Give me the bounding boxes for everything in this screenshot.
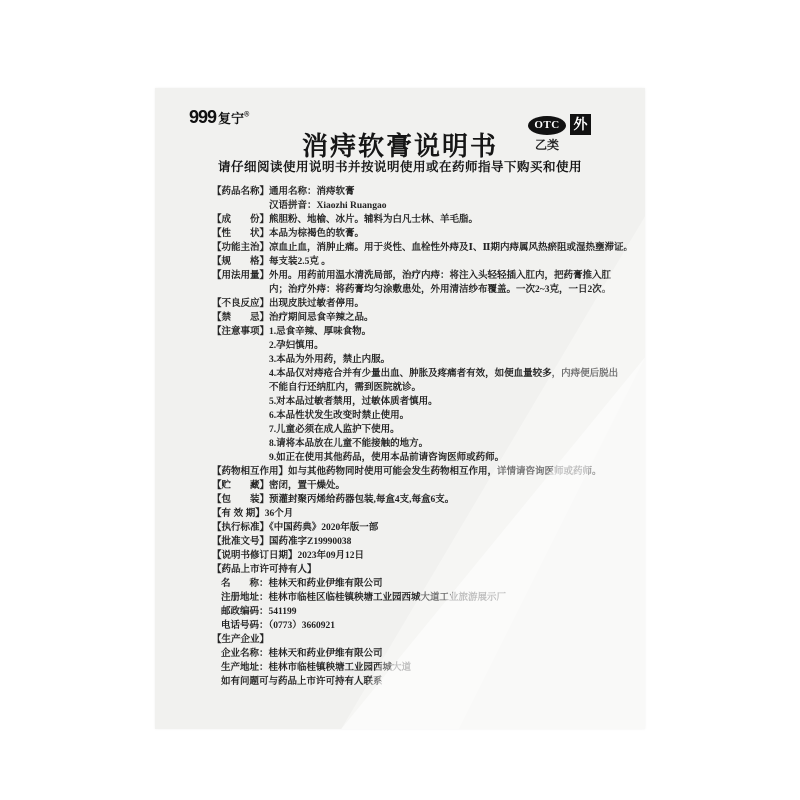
doc-row: 【药品名称】通用名称：消痔软膏 (212, 185, 642, 199)
section-label: 【贮 藏】 (212, 480, 269, 491)
doc-row: 【药品上市许可持有人】 (212, 563, 642, 577)
section-text: 2023年09月12日 (298, 551, 365, 561)
section-text: 2.孕妇慎用。 (269, 341, 324, 351)
section-label: 【用法用量】 (212, 270, 269, 281)
section-label: 【执行标准】 (212, 522, 269, 533)
section-text: 7.儿童必须在成人监护下使用。 (269, 425, 400, 435)
doc-row: 6.本品性状发生改变时禁止使用。 (212, 409, 642, 423)
section-text: 出现皮肤过敏者停用。 (269, 299, 364, 309)
section-text: 8.请将本品放在儿童不能接触的地方。 (269, 439, 428, 449)
section-text: 本品为棕褐色的软膏。 (269, 229, 364, 239)
section-text: 通用名称：消痔软膏 (269, 187, 355, 197)
section-label: 【禁 忌】 (212, 312, 269, 323)
doc-row: 【生产企业】 (212, 633, 642, 647)
document-body: 【药品名称】通用名称：消痔软膏汉语拼音：Xiaozhi Ruangao【成 份】… (212, 185, 642, 689)
section-text: 国药准字Z19990038 (269, 537, 351, 547)
section-text: 注册地址：桂林市临桂区临桂镇秧塘工业园西城大道工业旅游展示厂 (221, 593, 506, 603)
section-text: 4.本品仅对痔疮合并有少量出血、肿胀及疼痛者有效，如便血量较多，内痔便后脱出 (269, 369, 618, 379)
section-text: 治疗期间忌食辛辣之品。 (269, 313, 374, 323)
section-text: 3.本品为外用药，禁止内服。 (269, 355, 390, 365)
section-label: 【包 装】 (212, 494, 269, 505)
section-text: 凉血止血，消肿止痛。用于炎性、血栓性外痔及Ⅰ、Ⅱ期内痔属风热瘀阻或湿热壅滞证。 (269, 243, 633, 253)
doc-row: 【贮 藏】密闭，置干燥处。 (212, 479, 642, 493)
section-label: 【功能主治】 (212, 242, 269, 253)
doc-row: 5.对本品过敏者禁用，过敏体质者慎用。 (212, 395, 642, 409)
section-label: 【批准文号】 (212, 536, 269, 547)
section-label: 【规 格】 (212, 256, 269, 267)
otc-badge: OTC (528, 116, 566, 135)
doc-row: 【功能主治】凉血止血，消肿止痛。用于炎性、血栓性外痔及Ⅰ、Ⅱ期内痔属风热瘀阻或湿… (212, 241, 642, 255)
doc-row: 【用法用量】外用。用药前用温水清洗局部，治疗内痔：将注入头轻轻插入肛内，把药膏推… (212, 269, 642, 283)
doc-row: 7.儿童必须在成人监护下使用。 (212, 423, 642, 437)
section-text: 外用。用药前用温水清洗局部，治疗内痔：将注入头轻轻插入肛内，把药膏推入肛 (269, 271, 611, 281)
section-label: 【不良反应】 (212, 298, 269, 309)
section-text: 企业名称：桂林天和药业伊维有限公司 (221, 649, 383, 659)
section-label: 【药品上市许可持有人】 (212, 564, 317, 575)
section-text: 密闭，置干燥处。 (269, 481, 345, 491)
doc-row: 【禁 忌】治疗期间忌食辛辣之品。 (212, 311, 642, 325)
doc-row: 电话号码：（0773）3660921 (212, 619, 642, 633)
section-label: 【注意事项】 (212, 326, 269, 337)
doc-row: 【不良反应】出现皮肤过敏者停用。 (212, 297, 642, 311)
section-text: 5.对本品过敏者禁用，过敏体质者慎用。 (269, 397, 438, 407)
section-label: 【说明书修订日期】 (212, 550, 298, 561)
doc-row: 2.孕妇慎用。 (212, 339, 642, 353)
brand-logo: 999复宁® (189, 107, 249, 128)
doc-row: 4.本品仅对痔疮合并有少量出血、肿胀及疼痛者有效，如便血量较多，内痔便后脱出 (212, 367, 642, 381)
registered-trademark-icon: ® (244, 112, 249, 119)
section-text: 电话号码：（0773）3660921 (221, 621, 335, 631)
section-text: 如与其他药物同时使用可能会发生药物相互作用，详情请咨询医师或药师。 (288, 467, 602, 477)
leaflet-page: 999复宁® 消痔软膏说明书 OTC 外 乙类 请仔细阅读使用说明书并按说明使用… (155, 88, 645, 729)
section-text: 6.本品性状发生改变时禁止使用。 (269, 411, 409, 421)
section-text: 熊胆粉、地榆、冰片。辅料为白凡士林、羊毛脂。 (269, 215, 478, 225)
doc-row: 【说明书修订日期】2023年09月12日 (212, 549, 642, 563)
section-text: 每支装2.5克 。 (269, 257, 331, 267)
doc-row: 【执行标准】《中国药典》2020年版一部 (212, 521, 642, 535)
section-label: 【性 状】 (212, 228, 269, 239)
otc-class-label: 乙类 (524, 136, 570, 153)
doc-row: 如有问题可与药品上市许可持有人联系 (212, 675, 642, 689)
doc-row: 企业名称：桂林天和药业伊维有限公司 (212, 647, 642, 661)
read-instructions-notice: 请仔细阅读使用说明书并按说明使用或在药师指导下购买和使用 (155, 157, 645, 175)
section-text: 36个月 (265, 509, 294, 519)
section-label: 【药品名称】 (212, 186, 269, 197)
section-text: 9.如正在使用其他药品，使用本品前请咨询医师或药师。 (269, 453, 504, 463)
section-label: 【有 效 期】 (212, 508, 265, 519)
section-text: 预灌封聚丙烯给药器包装,每盒4支,每盒6支。 (269, 495, 454, 505)
section-label: 【药物相互作用】 (212, 466, 288, 477)
brand-999: 999 (189, 107, 216, 127)
doc-row: 【药物相互作用】如与其他药物同时使用可能会发生药物相互作用，详情请咨询医师或药师… (212, 465, 642, 479)
section-text: 如有问题可与药品上市许可持有人联系 (221, 676, 383, 687)
section-text: 内；治疗外痔：将药膏均匀涂敷患处，外用清洁纱布覆盖。一次2~3克，一日2次。 (269, 285, 611, 295)
external-use-badge: 外 (570, 114, 591, 135)
section-text: 《中国药典》2020年版一部 (269, 523, 378, 533)
section-label: 【成 份】 (212, 214, 269, 225)
doc-row: 8.请将本品放在儿童不能接触的地方。 (212, 437, 642, 451)
doc-row: 【包 装】预灌封聚丙烯给药器包装,每盒4支,每盒6支。 (212, 493, 642, 507)
doc-row: 9.如正在使用其他药品，使用本品前请咨询医师或药师。 (212, 451, 642, 465)
section-text: 1.忌食辛辣、厚味食物。 (269, 327, 371, 337)
doc-row: 生产地址：桂林市临桂镇秧塘工业园西城大道 (212, 661, 642, 675)
doc-row: 不能自行还纳肛内，需到医院就诊。 (212, 381, 642, 395)
doc-row: 【注意事项】1.忌食辛辣、厚味食物。 (212, 325, 642, 339)
section-text: 不能自行还纳肛内，需到医院就诊。 (269, 383, 421, 393)
doc-row: 注册地址：桂林市临桂区临桂镇秧塘工业园西城大道工业旅游展示厂 (212, 591, 642, 605)
doc-row: 汉语拼音：Xiaozhi Ruangao (212, 199, 642, 213)
doc-row: 3.本品为外用药，禁止内服。 (212, 353, 642, 367)
doc-row: 【有 效 期】36个月 (212, 507, 642, 521)
doc-row: 邮政编码：541199 (212, 605, 642, 619)
brand-name: 复宁 (218, 111, 244, 126)
section-text: 汉语拼音：Xiaozhi Ruangao (269, 201, 386, 211)
section-label: 【生产企业】 (212, 634, 269, 645)
doc-row: 【性 状】本品为棕褐色的软膏。 (212, 227, 642, 241)
doc-row: 【批准文号】国药准字Z19990038 (212, 535, 642, 549)
doc-row: 【成 份】熊胆粉、地榆、冰片。辅料为白凡士林、羊毛脂。 (212, 213, 642, 227)
doc-row: 名 称：桂林天和药业伊维有限公司 (212, 577, 642, 591)
doc-row: 【规 格】每支装2.5克 。 (212, 255, 642, 269)
section-text: 生产地址：桂林市临桂镇秧塘工业园西城大道 (221, 663, 411, 673)
doc-row: 内；治疗外痔：将药膏均匀涂敷患处，外用清洁纱布覆盖。一次2~3克，一日2次。 (212, 283, 642, 297)
section-text: 邮政编码：541199 (221, 607, 296, 617)
section-text: 名 称：桂林天和药业伊维有限公司 (221, 579, 383, 589)
